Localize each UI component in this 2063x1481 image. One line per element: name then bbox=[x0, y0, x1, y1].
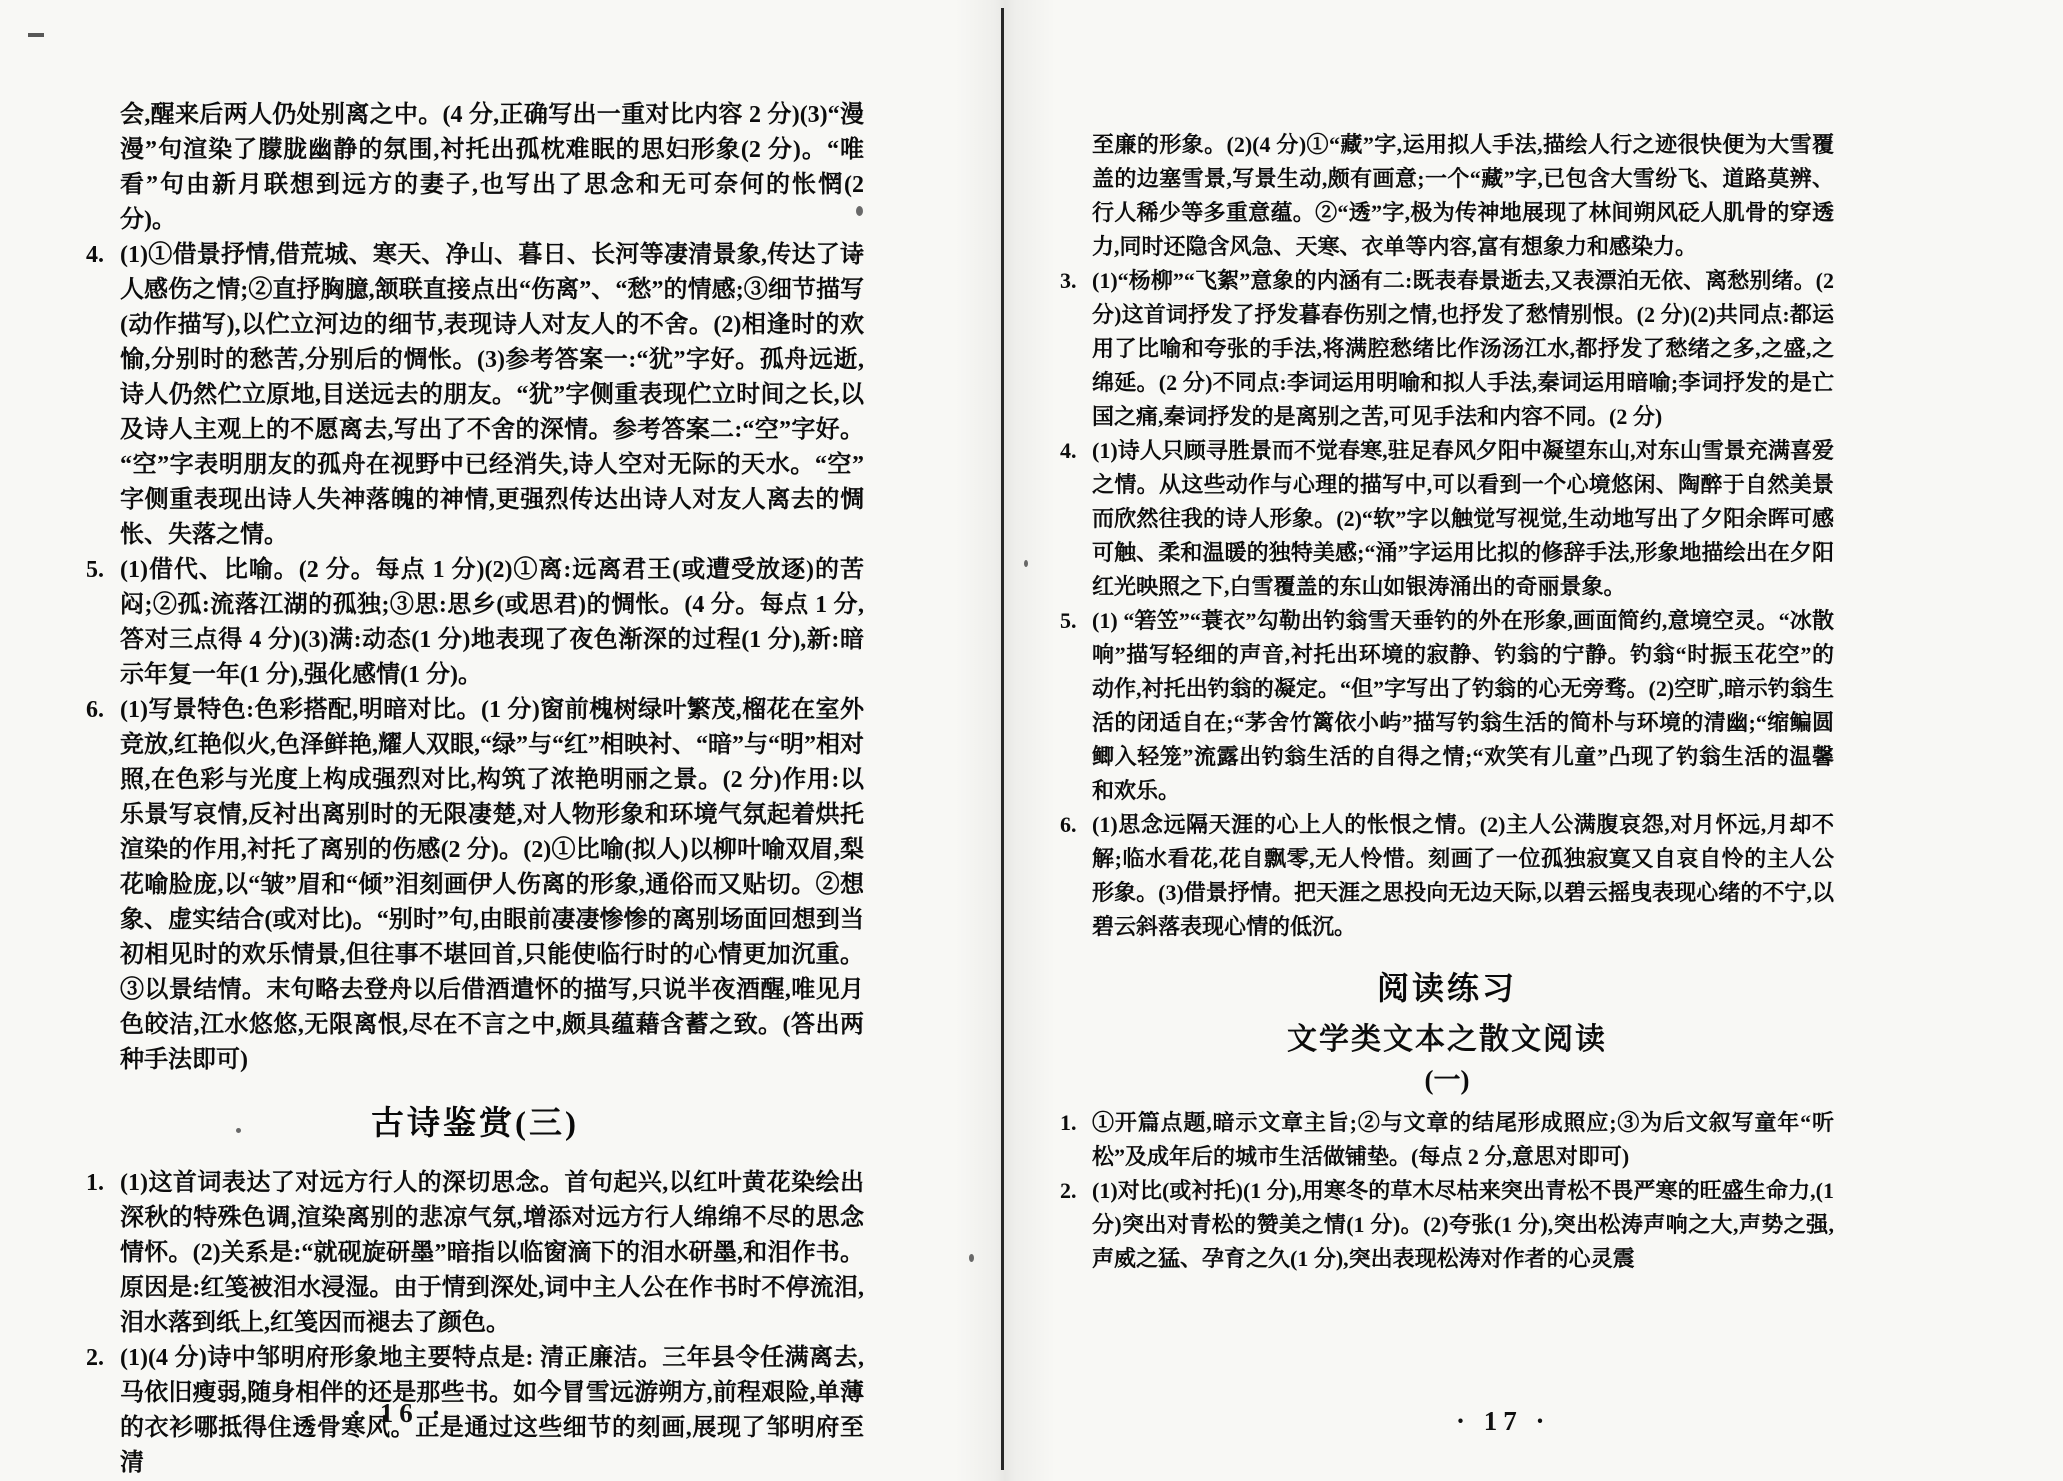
page-gutter-line bbox=[1001, 8, 1004, 1470]
item-text: (1)写景特色:色彩搭配,明暗对比。(1 分)窗前槐树绿叶繁茂,榴花在室外竞放,… bbox=[120, 693, 864, 1078]
item-number: 4. bbox=[1060, 434, 1092, 468]
right-page: 至廉的形象。(2)(4 分)①“藏”字,运用拟人手法,描绘人行之迹很快便为大雪覆… bbox=[1060, 0, 1834, 1276]
answer-item-5: 5. (1) “箬笠”“蓑衣”勾勒出钓翁雪天垂钓的外在形象,画面简约,意境空灵。… bbox=[1060, 604, 1834, 808]
right-continuation-paragraph: 至廉的形象。(2)(4 分)①“藏”字,运用拟人手法,描绘人行之迹很快便为大雪覆… bbox=[1092, 128, 1834, 264]
item-text: (1)诗人只顾寻胜景而不觉春寒,驻足春风夕阳中凝望东山,对东山雪景充满喜爱之情。… bbox=[1092, 434, 1834, 604]
item-number: 1. bbox=[86, 1166, 120, 1201]
section-heading-reading-practice: 阅读练习 bbox=[1060, 968, 1834, 1008]
answer-item-2: 2. (1)(4 分)诗中邹明府形象地主要特点是: 清正廉洁。三年县令任满离去,… bbox=[86, 1341, 864, 1481]
scan-artifact bbox=[28, 33, 44, 37]
item-number: 3. bbox=[1060, 264, 1092, 298]
subsection-number-one: (一) bbox=[1060, 1064, 1834, 1096]
section-heading-poetry-appreciation-3: 古诗鉴赏(三) bbox=[86, 1104, 864, 1144]
item-number: 5. bbox=[86, 553, 120, 588]
item-number: 2. bbox=[1060, 1174, 1092, 1208]
item-text: (1)借代、比喻。(2 分。每点 1 分)(2)①离:远离君王(或遭受放逐)的苦… bbox=[120, 553, 864, 693]
item-number: 2. bbox=[86, 1341, 120, 1376]
item-text: (1)“杨柳”“飞絮”意象的内涵有二:既表春景逝去,又表漂泊无依、离愁别绪。(2… bbox=[1092, 264, 1834, 434]
answer-item-1: 1. (1)这首词表达了对远方行人的深切思念。首句起兴,以红叶黄花染绘出深秋的特… bbox=[86, 1166, 864, 1341]
answer-item-4: 4. (1)诗人只顾寻胜景而不觉春寒,驻足春风夕阳中凝望东山,对东山雪景充满喜爱… bbox=[1060, 434, 1834, 604]
answer-item-6: 6. (1)写景特色:色彩搭配,明暗对比。(1 分)窗前槐树绿叶繁茂,榴花在室外… bbox=[86, 693, 864, 1078]
item-text: (1)①借景抒情,借荒城、寒天、净山、暮日、长河等凄清景象,传达了诗人感伤之情;… bbox=[120, 238, 864, 553]
answer-item-1: 1. ①开篇点题,暗示文章主旨;②与文章的结尾形成照应;③为后文叙写童年“听松”… bbox=[1060, 1106, 1834, 1174]
item-number: 4. bbox=[86, 238, 120, 273]
item-text: ①开篇点题,暗示文章主旨;②与文章的结尾形成照应;③为后文叙写童年“听松”及成年… bbox=[1092, 1106, 1834, 1174]
item-number: 6. bbox=[86, 693, 120, 728]
answer-item-6: 6. (1)思念远隔天涯的心上人的怅恨之情。(2)主人公满腹哀怨,对月怀远,月却… bbox=[1060, 808, 1834, 944]
page-number-16: · 16 · bbox=[352, 1398, 447, 1429]
page-number-17: · 17 · bbox=[1456, 1406, 1551, 1437]
item-text: (1)这首词表达了对远方行人的深切思念。首句起兴,以红叶黄花染绘出深秋的特殊色调… bbox=[120, 1166, 864, 1341]
item-text: (1)思念远隔天涯的心上人的怅恨之情。(2)主人公满腹哀怨,对月怀远,月却不解;… bbox=[1092, 808, 1834, 944]
answer-item-2: 2. (1)对比(或衬托)(1 分),用寒冬的草木尽枯来突出青松不畏严寒的旺盛生… bbox=[1060, 1174, 1834, 1276]
item-number: 1. bbox=[1060, 1106, 1092, 1140]
answer-item-3: 3. (1)“杨柳”“飞絮”意象的内涵有二:既表春景逝去,又表漂泊无依、离愁别绪… bbox=[1060, 264, 1834, 434]
item-text: (1) “箬笠”“蓑衣”勾勒出钓翁雪天垂钓的外在形象,画面简约,意境空灵。“冰散… bbox=[1092, 604, 1834, 808]
answer-item-4: 4. (1)①借景抒情,借荒城、寒天、净山、暮日、长河等凄清景象,传达了诗人感伤… bbox=[86, 238, 864, 553]
item-number: 6. bbox=[1060, 808, 1092, 842]
left-continuation-paragraph: 会,醒来后两人仍处别离之中。(4 分,正确写出一重对比内容 2 分)(3)“漫漫… bbox=[120, 98, 864, 238]
subsection-heading-literary-prose-reading: 文学类文本之散文阅读 bbox=[1060, 1022, 1834, 1058]
item-text: (1)(4 分)诗中邹明府形象地主要特点是: 清正廉洁。三年县令任满离去,马依旧… bbox=[120, 1341, 864, 1481]
left-page: 会,醒来后两人仍处别离之中。(4 分,正确写出一重对比内容 2 分)(3)“漫漫… bbox=[86, 0, 864, 1481]
answer-item-5: 5. (1)借代、比喻。(2 分。每点 1 分)(2)①离:远离君王(或遭受放逐… bbox=[86, 553, 864, 693]
item-text: (1)对比(或衬托)(1 分),用寒冬的草木尽枯来突出青松不畏严寒的旺盛生命力,… bbox=[1092, 1174, 1834, 1276]
scan-artifact bbox=[1024, 560, 1028, 567]
item-number: 5. bbox=[1060, 604, 1092, 638]
scanned-book-spread: { "left_page": { "continuation": "会,醒来后两… bbox=[0, 0, 2063, 1481]
scan-artifact bbox=[969, 1254, 974, 1262]
